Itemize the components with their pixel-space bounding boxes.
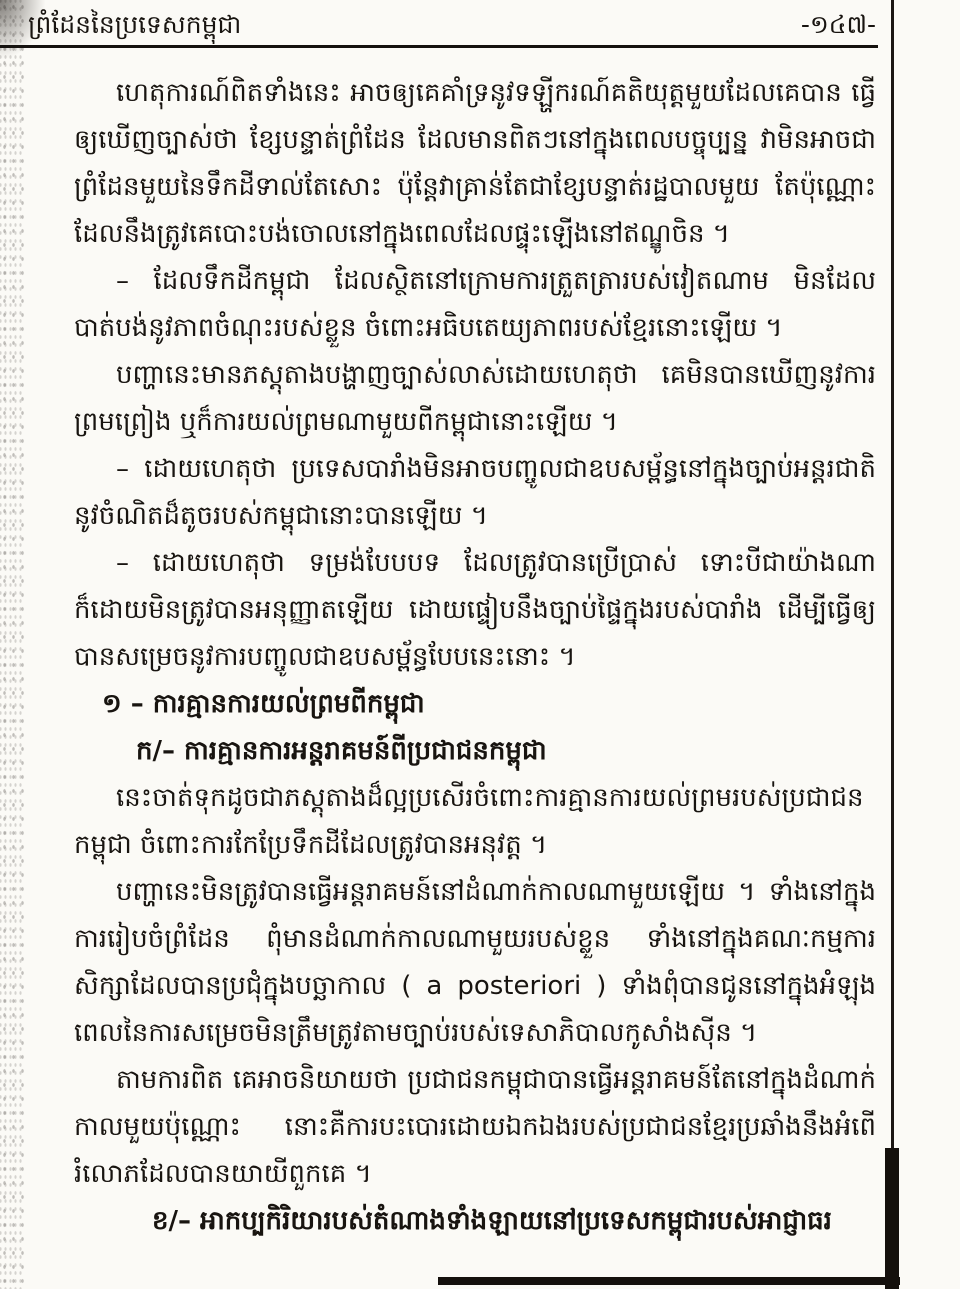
page-number: -១៤៧-	[801, 8, 876, 42]
section-heading: ១ – ការគ្មានការយល់ព្រមពីកម្ពុជា	[74, 681, 876, 728]
scan-edge-right-thick	[885, 1148, 899, 1289]
page-body: ហេតុការណ៍ពិតទាំងនេះ អាចឲ្យគេគាំទ្រនូវទឡ្…	[74, 70, 876, 1245]
paragraph: – ដែលទឹកដីកម្ពុជា ដែលស្ថិតនៅក្រោមការត្រួ…	[74, 258, 876, 352]
paragraph: បញ្ហានេះមិនត្រូវបានធ្វើអន្តរាគមន៍នៅដំណាក…	[74, 869, 876, 1057]
section-heading: ខ/– អាកប្បកិរិយារបស់តំណាងទាំងឡាយនៅប្រទេស…	[74, 1198, 876, 1245]
paragraph: នេះចាត់ទុកដូចជាភស្តុតាងដ៏ល្អប្រសើរចំពោះក…	[74, 775, 876, 869]
paragraph: ហេតុការណ៍ពិតទាំងនេះ អាចឲ្យគេគាំទ្រនូវទឡ្…	[74, 70, 876, 258]
running-header-title: ព្រំដែននៃប្រទេសកម្ពុជា	[28, 8, 241, 42]
scan-noise-left-edge	[0, 0, 24, 1289]
scan-edge-bottom	[438, 1277, 900, 1285]
paragraph: – ដោយហេតុថា ទម្រង់បែបបទ ដែលត្រូវបានប្រើប…	[74, 540, 876, 681]
paragraph: – ដោយហេតុថា ប្រទេសបារាំងមិនអាចបញ្ចូលជាឧប…	[74, 446, 876, 540]
scan-edge-right	[891, 0, 894, 1289]
page-header: ព្រំដែននៃប្រទេសកម្ពុជា -១៤៧-	[28, 8, 876, 42]
paragraph: តាមការពិត គេអាចនិយាយថា ប្រជាជនកម្ពុជាបាន…	[74, 1057, 876, 1198]
paragraph: បញ្ហានេះមានភស្តុតាងបង្ហាញច្បាស់លាស់ដោយហេ…	[74, 352, 876, 446]
scanned-page: ព្រំដែននៃប្រទេសកម្ពុជា -១៤៧- ហេតុការណ៍ពិ…	[0, 0, 960, 1289]
section-heading: ក/– ការគ្មានការអន្តរាគមន៍ពីប្រជាជនកម្ពុជ…	[74, 728, 876, 775]
header-rule	[0, 45, 878, 48]
